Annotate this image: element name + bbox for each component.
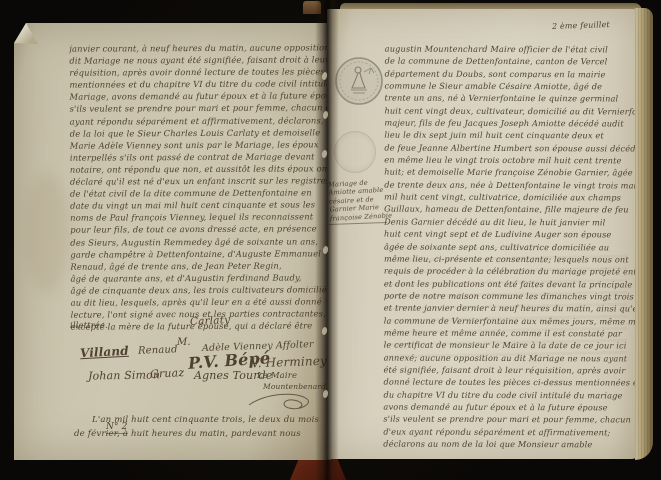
text-line: majeur, fils de feu Jacques Joseph Amiot… <box>384 117 637 130</box>
left-page: janvier courant, à neuf heures du matin,… <box>14 23 331 460</box>
register-scan: janvier courant, à neuf heures du matin,… <box>0 0 661 480</box>
text-line: huit cent vingt sept et de Ludivine Auge… <box>384 228 637 241</box>
text-line: été signifiée, faisant droit à leur réqu… <box>384 363 637 376</box>
text-line: trente un ans, né à Vernierfontaine le q… <box>384 92 637 105</box>
blind-embossed-stamp <box>334 131 376 173</box>
page-corner-fold <box>14 23 40 47</box>
text-line: des Sieurs, Augustin Remmedey âgé de soi… <box>70 235 328 248</box>
signature: Villand <box>80 344 129 361</box>
text-line: Guillaux, hameau de Dettenfontaine, fill… <box>384 203 637 216</box>
text-line: donné lecture de toutes les pièces ci-de… <box>384 376 637 389</box>
text-line: commune le Sieur amable Césaire Amiotte,… <box>385 80 638 93</box>
text-line: s'ils veulent se prendre pour mari et po… <box>383 413 636 426</box>
text-line: département du Doubs, sont comparus en l… <box>385 67 638 80</box>
right-page: 2 ème feuillet Mariage deAmiotte amablec… <box>327 9 638 459</box>
text-line: L'an mil huit cent cinquante trois, le d… <box>74 414 336 428</box>
text-line: de trente deux ans, née à Dettenfontaine… <box>384 178 637 191</box>
next-act-opening: L'an mil huit cent cinquante trois, le d… <box>74 414 336 441</box>
text-line: du chapitre VI du titre du code civil in… <box>383 388 636 401</box>
text-line: lieu le dix sept juin mil huit cent cinq… <box>384 129 637 142</box>
signature: M. <box>177 337 191 348</box>
revenue-stamp-seal <box>333 55 385 107</box>
paper-stain <box>24 173 70 293</box>
text-line: huit; et demoiselle Marie françoise Zéno… <box>384 166 637 179</box>
signature-groom: Carlaty <box>190 314 231 328</box>
book-gutter <box>315 0 339 480</box>
text-line: huit cent vingt deux, cultivateur, domic… <box>384 104 637 117</box>
text-line: pour leur fils, de tout ce avons dressé … <box>70 223 328 236</box>
folio-header: 2 ème feuillet <box>552 20 610 31</box>
text-line: augustin Mountenchard Maire officier de … <box>385 43 638 56</box>
text-line: mil huit cent vingt, cultivatrice, domic… <box>384 191 637 204</box>
text-line: Marie Adèle Vienney sont unis par le Mar… <box>70 138 328 151</box>
text-line: d'eux ayant répondu séparément et affirm… <box>383 425 636 438</box>
left-page-text-block: janvier courant, à neuf heures du matin,… <box>69 41 329 333</box>
text-line: Denis Garnier décédé au dit lieu, le hui… <box>384 215 637 228</box>
text-line: s'ils veulent se prendre pour mari et po… <box>70 102 328 115</box>
ink-bleedthrough <box>385 247 627 359</box>
text-line: ayant répondu séparément et affirmativem… <box>70 114 328 127</box>
text-line: déclarons au nom de la loi que Monsieur … <box>383 438 636 451</box>
closing-word: illettrée. <box>70 320 108 330</box>
signature: Gruaz <box>150 366 185 381</box>
signature-title: Le Maire <box>257 371 297 381</box>
text-line: en même lieu le vingt trois octobre mil … <box>384 154 637 167</box>
text-line: de la loi que le Sieur Charles Louis Car… <box>70 126 328 139</box>
text-line: de la commune de Dettenfontaine, canton … <box>385 55 638 68</box>
text-line: de février, à huit heures du matin, pard… <box>74 428 336 442</box>
signature: Renaud <box>138 344 178 356</box>
book-page-edges <box>635 8 653 460</box>
text-line: avons demandé au futur époux et à la fut… <box>383 401 636 414</box>
text-line: de feue Jeanne Albertine Humbert son épo… <box>384 141 637 154</box>
text-line: garde champêtre à Dettenfontaine, d'Augu… <box>70 247 328 260</box>
